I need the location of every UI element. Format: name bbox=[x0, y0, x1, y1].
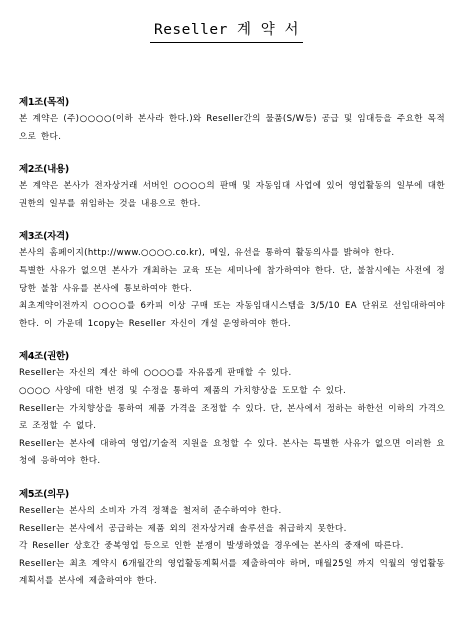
article-heading: 제4조(권한) bbox=[19, 350, 445, 364]
document-body: 제1조(목적) 본 계약은 (주)○○○○(이하 본사라 한다.)와 Resel… bbox=[19, 96, 445, 608]
article-4-rights: 제4조(권한) Reseller는 자신의 계산 하에 ○○○○를 자유롭게 판… bbox=[19, 350, 445, 471]
article-heading: 제5조(의무) bbox=[19, 488, 445, 502]
article-paragraph: 본사의 홈페이지(http://www.○○○○.co.kr), 메일, 유선을… bbox=[19, 245, 445, 263]
article-2-content: 제2조(내용) 본 계약은 본사가 전자상거래 서버인 ○○○○의 판매 및 자… bbox=[19, 163, 445, 213]
article-heading: 제2조(내용) bbox=[19, 163, 445, 177]
article-paragraph: 최초계약이전까지 ○○○○를 6카피 이상 구매 또는 자동임대시스템을 3/5… bbox=[19, 298, 445, 333]
article-paragraph: ○○○○ 사양에 대한 변경 및 수정을 통하여 제품의 가치향상을 도모할 수… bbox=[19, 383, 445, 401]
article-paragraph: 본 계약은 (주)○○○○(이하 본사라 한다.)와 Reseller간의 물품… bbox=[19, 111, 445, 146]
article-paragraph: Reseller는 본사의 소비자 가격 정책을 철저히 준수하여야 한다. bbox=[19, 503, 445, 521]
article-3-qualification: 제3조(자격) 본사의 홈페이지(http://www.○○○○.co.kr),… bbox=[19, 230, 445, 333]
article-paragraph: Reseller는 본사에서 공급하는 제품 외의 전자상거래 솔루션을 취급하… bbox=[19, 521, 445, 539]
article-paragraph: Reseller는 가치향상을 통하여 제품 가격을 조정할 수 있다. 단, … bbox=[19, 401, 445, 436]
article-paragraph: 특별한 사유가 없으면 본사가 개최하는 교육 또는 세미나에 참가하여야 한다… bbox=[19, 263, 445, 298]
document-page: Reseller 계 약 서 제1조(목적) 본 계약은 (주)○○○○(이하 … bbox=[0, 0, 453, 643]
article-heading: 제3조(자격) bbox=[19, 230, 445, 244]
article-paragraph: Reseller는 최초 계약시 6개월간의 영업활동계획서를 제출하여야 하며… bbox=[19, 556, 445, 591]
title-area: Reseller 계 약 서 bbox=[0, 19, 453, 43]
article-heading: 제1조(목적) bbox=[19, 96, 445, 110]
article-1-purpose: 제1조(목적) 본 계약은 (주)○○○○(이하 본사라 한다.)와 Resel… bbox=[19, 96, 445, 146]
document-title: Reseller 계 약 서 bbox=[150, 22, 303, 43]
article-paragraph: Reseller는 자신의 계산 하에 ○○○○를 자유롭게 판매할 수 있다. bbox=[19, 365, 445, 383]
article-paragraph: Reseller는 본사에 대하여 영업/기술적 지원을 요청할 수 있다. 본… bbox=[19, 436, 445, 471]
article-paragraph: 각 Reseller 상호간 중복영업 등으로 인한 분쟁이 발생하였을 경우에… bbox=[19, 538, 445, 556]
article-paragraph: 본 계약은 본사가 전자상거래 서버인 ○○○○의 판매 및 자동임대 사업에 … bbox=[19, 178, 445, 213]
article-5-obligations: 제5조(의무) Reseller는 본사의 소비자 가격 정책을 철저히 준수하… bbox=[19, 488, 445, 591]
